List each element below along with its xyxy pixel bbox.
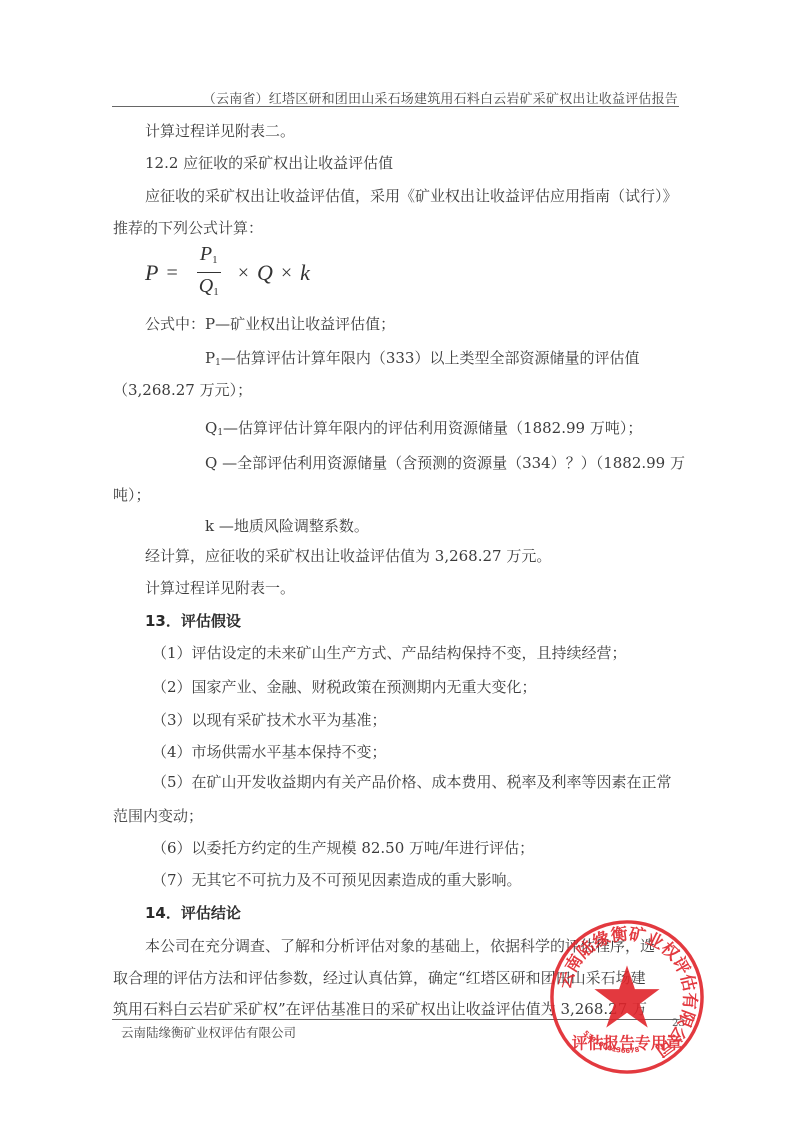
document-page: （云南省）红塔区研和团田山采石场建筑用石料白云岩矿采矿权出让收益评估报告 计算过…	[0, 0, 794, 1124]
running-header: （云南省）红塔区研和团田山采石场建筑用石料白云岩矿采矿权出让收益评估报告	[203, 88, 678, 107]
formula-q: Q	[257, 260, 273, 286]
paragraph-intro-cont: 推荐的下列公式计算：	[113, 218, 263, 238]
assumption-2: （2）国家产业、金融、财税政策在预测期内无重大变化；	[152, 677, 537, 697]
definition-q-cont: 吨）；	[113, 485, 151, 505]
valuation-formula: P = P1 Q1 × Q × k	[145, 243, 310, 303]
assumption-7: （7）无其它不可抗力及不可预见因素造成的重大影响。	[152, 870, 522, 890]
seal-star-icon	[594, 965, 659, 1027]
paragraph-calc-ref-1: 计算过程详见附表一。	[145, 578, 295, 598]
assumption-5: （5）在矿山开发收益期内有关产品价格、成本费用、税率及利率等因素在正常	[152, 772, 672, 792]
section-heading-12-2: 12.2 应征收的采矿权出让收益评估值	[145, 153, 393, 173]
section-heading-14: 14．评估结论	[145, 903, 241, 923]
definition-p1-cont: （3,268.27 万元）；	[113, 380, 252, 400]
formula-lhs: P	[145, 260, 158, 286]
header-divider	[112, 106, 679, 107]
definition-k: k —地质风险调整系数。	[205, 516, 369, 536]
formula-times-2: ×	[281, 262, 292, 285]
formula-denominator: Q1	[196, 273, 222, 305]
footer-company-name: 云南陆缘衡矿业权评估有限公司	[121, 1023, 296, 1041]
section-heading-13: 13．评估假设	[145, 611, 241, 631]
formula-fraction: P1 Q1	[196, 242, 222, 305]
formula-k: k	[300, 260, 310, 286]
paragraph-calc-ref-2: 计算过程详见附表二。	[145, 121, 295, 141]
result-statement: 经计算，应征收的采矿权出让收益评估值为 3,268.27 万元。	[145, 546, 551, 566]
assumption-3: （3）以现有采矿技术水平为基准；	[152, 710, 387, 730]
assumption-1: （1）评估设定的未来矿山生产方式、产品结构保持不变，且持续经营；	[152, 643, 627, 663]
formula-times-1: ×	[238, 262, 249, 285]
paragraph-intro: 应征收的采矿权出让收益评估值，采用《矿业权出让收益评估应用指南（试行）》	[145, 186, 678, 206]
definition-p1: P1—估算评估计算年限内（333）以上类型全部资源储量的评估值	[205, 348, 639, 373]
definition-q1: Q1—估算评估计算年限内的评估利用资源储量（1882.99 万吨）；	[205, 418, 642, 443]
definition-p: 公式中：P—矿业权出让收益评估值；	[145, 314, 395, 334]
assumption-4: （4）市场供需水平基本保持不变；	[152, 742, 387, 762]
assumption-5-cont: 范围内变动；	[113, 806, 203, 826]
official-seal-stamp: 云南陆缘衡矿业权评估有限公司 评估报告专用章 5301000136678	[548, 918, 706, 1076]
formula-equals: =	[166, 262, 177, 285]
formula-numerator: P1	[197, 242, 221, 273]
definition-q: Q —全部评估利用资源储量（含预测的资源量（334）？）（1882.99 万	[205, 453, 685, 473]
assumption-6: （6）以委托方约定的生产规模 82.50 万吨/年进行评估；	[152, 838, 534, 858]
